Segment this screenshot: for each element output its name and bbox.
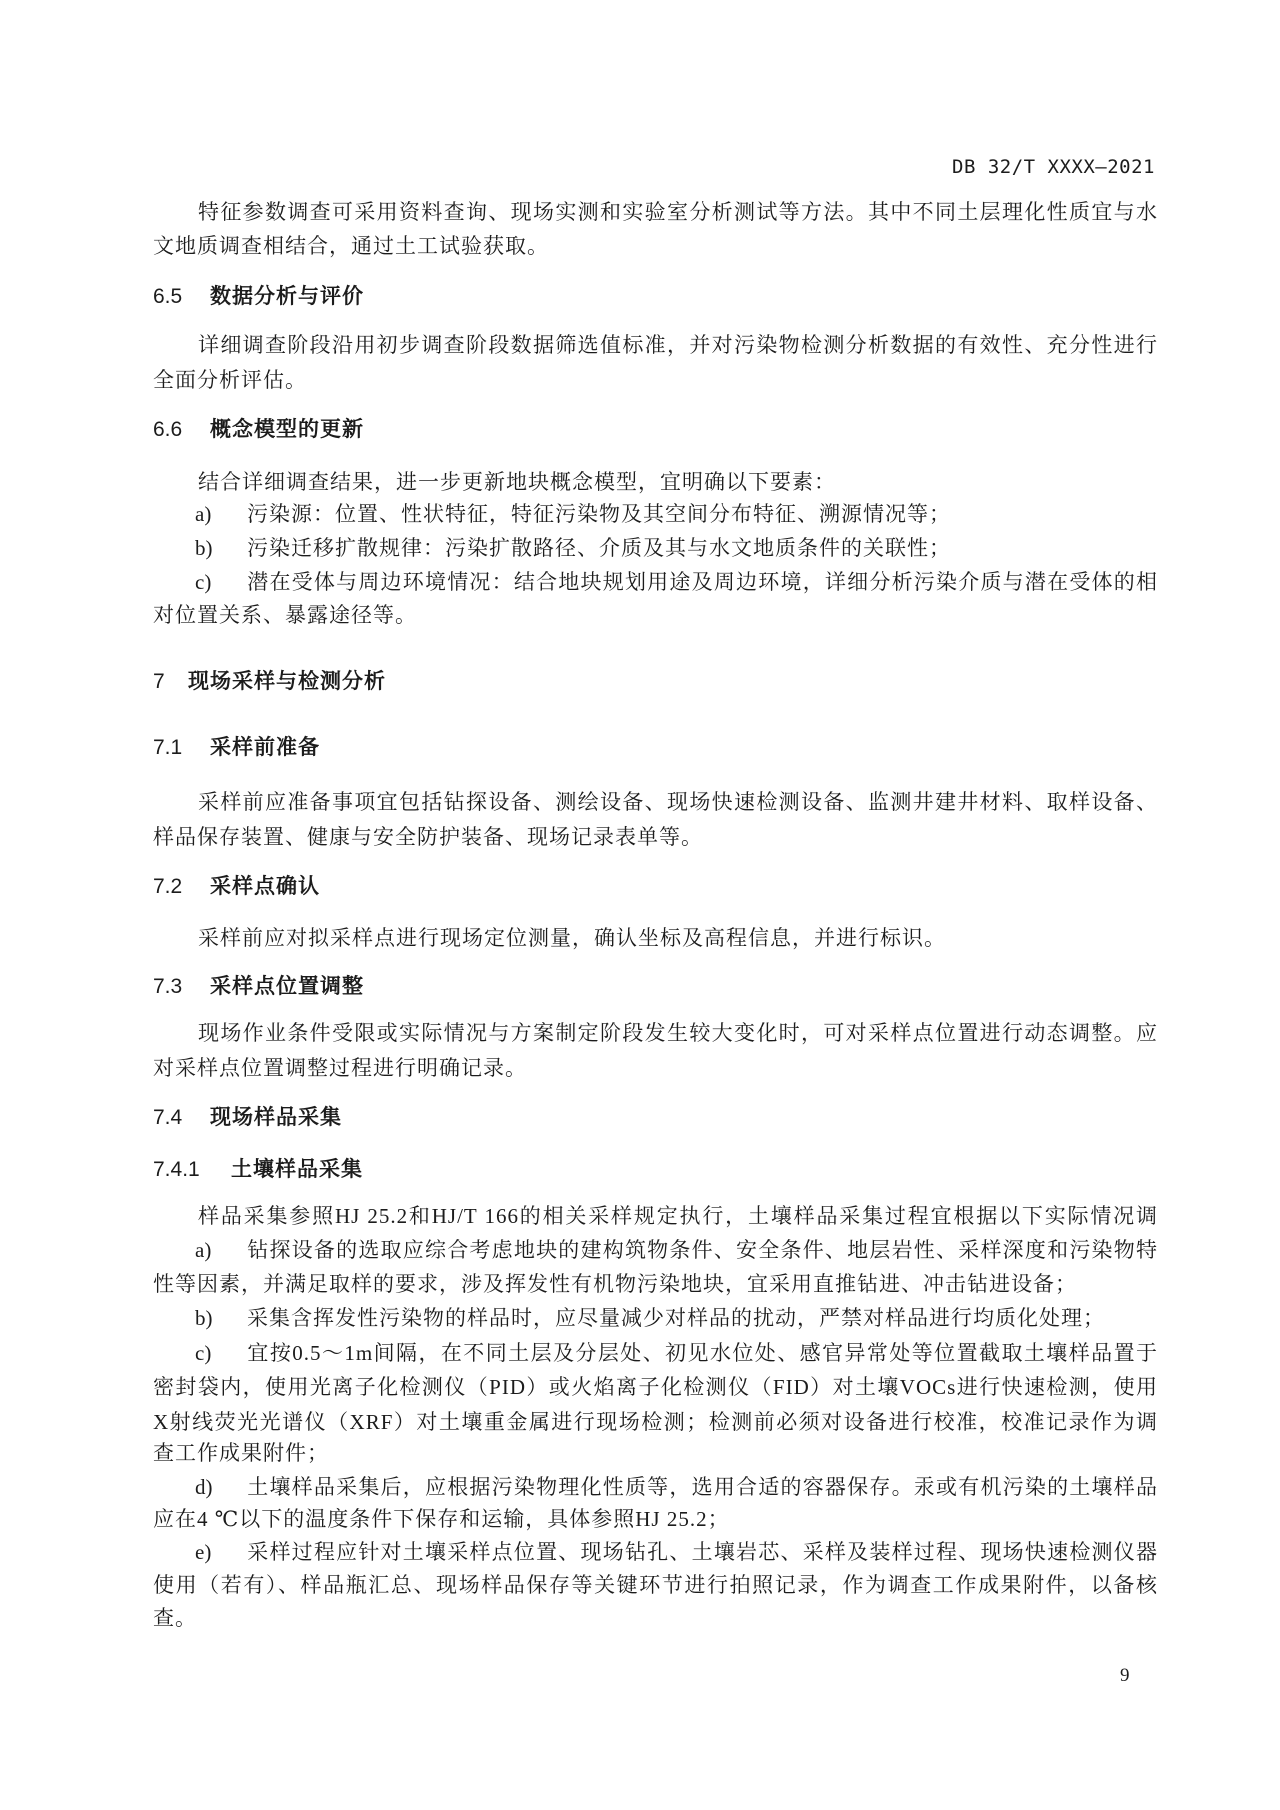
section-title: 现场采样与检测分析 <box>188 665 386 699</box>
list-item-d: d)土壤样品采集后，应根据污染物理化性质等，选用合适的容器保存。汞或有机污染的土… <box>153 1470 1158 1504</box>
list-label: e) <box>195 1535 247 1569</box>
document-code-header: DB 32/T XXXX—2021 <box>952 153 1155 181</box>
paragraph-line: 样品保存装置、健康与安全防护装备、现场记录表单等。 <box>153 820 1158 854</box>
list-item-continuation: 查。 <box>153 1601 1158 1635</box>
paragraph-line: 对采样点位置调整过程进行明确记录。 <box>153 1051 1158 1085</box>
section-number: 7.2 <box>153 870 182 904</box>
list-item-continuation: 使用（若有）、样品瓶汇总、现场样品保存等关键环节进行拍照记录，作为调查工作成果附… <box>153 1568 1158 1602</box>
list-item-c: c)潜在受体与周边环境情况：结合地块规划用途及周边环境，详细分析污染介质与潜在受… <box>153 565 1158 599</box>
list-item-b: b)污染迁移扩散规律：污染扩散路径、介质及其与水文地质条件的关联性； <box>153 531 1158 565</box>
paragraph-line: 样品采集参照HJ 25.2和HJ/T 166的相关采样规定执行，土壤样品采集过程… <box>153 1199 1158 1233</box>
section-heading-7-2: 7.2 采样点确认 <box>153 870 182 904</box>
list-text: 土壤样品采集后，应根据污染物理化性质等，选用合适的容器保存。汞或有机污染的土壤样… <box>247 1475 1158 1499</box>
section-title: 现场样品采集 <box>210 1101 342 1135</box>
section-title: 数据分析与评价 <box>210 280 364 314</box>
list-label: c) <box>195 565 247 599</box>
document-page: DB 32/T XXXX—2021 特征参数调查可采用资料查询、现场实测和实验室… <box>0 0 1280 1810</box>
section-heading-7-4-1: 7.4.1 土壤样品采集 <box>153 1153 200 1187</box>
section-number: 7 <box>153 665 165 699</box>
paragraph-line: 现场作业条件受限或实际情况与方案制定阶段发生较大变化时，可对采样点位置进行动态调… <box>153 1016 1158 1050</box>
section-number: 6.6 <box>153 413 182 447</box>
section-title: 采样前准备 <box>210 731 320 765</box>
list-item-b: b)采集含挥发性污染物的样品时，应尽量减少对样品的扰动，严禁对样品进行均质化处理… <box>153 1301 1158 1335</box>
section-title: 采样点确认 <box>210 870 320 904</box>
list-text: 潜在受体与周边环境情况：结合地块规划用途及周边环境，详细分析污染介质与潜在受体的… <box>247 570 1158 594</box>
list-item-continuation: X射线荧光光谱仪（XRF）对土壤重金属进行现场检测；检测前必须对设备进行校准，校… <box>153 1405 1158 1439</box>
list-label: a) <box>195 1233 247 1267</box>
list-item-a: a)钻探设备的选取应综合考虑地块的建构筑物条件、安全条件、地层岩性、采样深度和污… <box>153 1233 1158 1267</box>
list-item-continuation: 查工作成果附件； <box>153 1436 1158 1470</box>
page-number: 9 <box>1120 1662 1130 1690</box>
list-label: a) <box>195 497 247 531</box>
section-title: 概念模型的更新 <box>210 413 364 447</box>
chapter-heading-7: 7 现场采样与检测分析 <box>153 665 165 699</box>
list-label: b) <box>195 531 247 565</box>
section-number: 7.4.1 <box>153 1153 200 1187</box>
section-number: 7.3 <box>153 970 182 1004</box>
section-heading-7-4: 7.4 现场样品采集 <box>153 1101 182 1135</box>
list-text: 宜按0.5～1m间隔，在不同土层及分层处、初见水位处、感官异常处等位置截取土壤样… <box>247 1341 1158 1365</box>
section-number: 7.1 <box>153 731 182 765</box>
section-heading-7-1: 7.1 采样前准备 <box>153 731 182 765</box>
section-title: 采样点位置调整 <box>210 970 364 1004</box>
list-item-continuation: 对位置关系、暴露途径等。 <box>153 598 1158 632</box>
list-text: 采样过程应针对土壤采样点位置、现场钻孔、土壤岩芯、采样及装样过程、现场快速检测仪… <box>247 1540 1158 1564</box>
section-title: 土壤样品采集 <box>231 1153 363 1187</box>
list-label: b) <box>195 1301 247 1335</box>
list-text: 采集含挥发性污染物的样品时，应尽量减少对样品的扰动，严禁对样品进行均质化处理； <box>247 1306 1105 1330</box>
list-item-continuation: 性等因素，并满足取样的要求，涉及挥发性有机物污染地块，宜采用直推钻进、冲击钻进设… <box>153 1267 1158 1301</box>
paragraph-line: 结合详细调查结果，进一步更新地块概念模型，宜明确以下要素： <box>153 465 1158 499</box>
paragraph-line: 采样前应对拟采样点进行现场定位测量，确认坐标及高程信息，并进行标识。 <box>153 921 1158 955</box>
section-number: 7.4 <box>153 1101 182 1135</box>
paragraph-line: 采样前应准备事项宜包括钻探设备、测绘设备、现场快速检测设备、监测井建井材料、取样… <box>153 785 1158 819</box>
list-item-c: c)宜按0.5～1m间隔，在不同土层及分层处、初见水位处、感官异常处等位置截取土… <box>153 1336 1158 1370</box>
list-label: d) <box>195 1470 247 1504</box>
list-label: c) <box>195 1336 247 1370</box>
paragraph-line: 详细调查阶段沿用初步调查阶段数据筛选值标准，并对污染物检测分析数据的有效性、充分… <box>153 328 1158 362</box>
list-item-continuation: 应在4 ℃以下的温度条件下保存和运输，具体参照HJ 25.2； <box>153 1502 1158 1536</box>
list-item-e: e)采样过程应针对土壤采样点位置、现场钻孔、土壤岩芯、采样及装样过程、现场快速检… <box>153 1535 1158 1569</box>
list-text: 污染源：位置、性状特征，特征污染物及其空间分布特征、溯源情况等； <box>247 502 951 526</box>
list-text: 钻探设备的选取应综合考虑地块的建构筑物条件、安全条件、地层岩性、采样深度和污染物… <box>247 1238 1158 1262</box>
section-heading-7-3: 7.3 采样点位置调整 <box>153 970 182 1004</box>
section-heading-6-5: 6.5 数据分析与评价 <box>153 280 182 314</box>
list-item-a: a)污染源：位置、性状特征，特征污染物及其空间分布特征、溯源情况等； <box>153 497 1158 531</box>
paragraph-line: 特征参数调查可采用资料查询、现场实测和实验室分析测试等方法。其中不同土层理化性质… <box>153 195 1158 229</box>
paragraph-line: 全面分析评估。 <box>153 363 1158 397</box>
section-number: 6.5 <box>153 280 182 314</box>
list-item-continuation: 密封袋内，使用光离子化检测仪（PID）或火焰离子化检测仪（FID）对土壤VOCs… <box>153 1370 1158 1404</box>
section-heading-6-6: 6.6 概念模型的更新 <box>153 413 182 447</box>
list-text: 污染迁移扩散规律：污染扩散路径、介质及其与水文地质条件的关联性； <box>247 536 951 560</box>
paragraph-line: 文地质调查相结合，通过土工试验获取。 <box>153 229 1158 263</box>
